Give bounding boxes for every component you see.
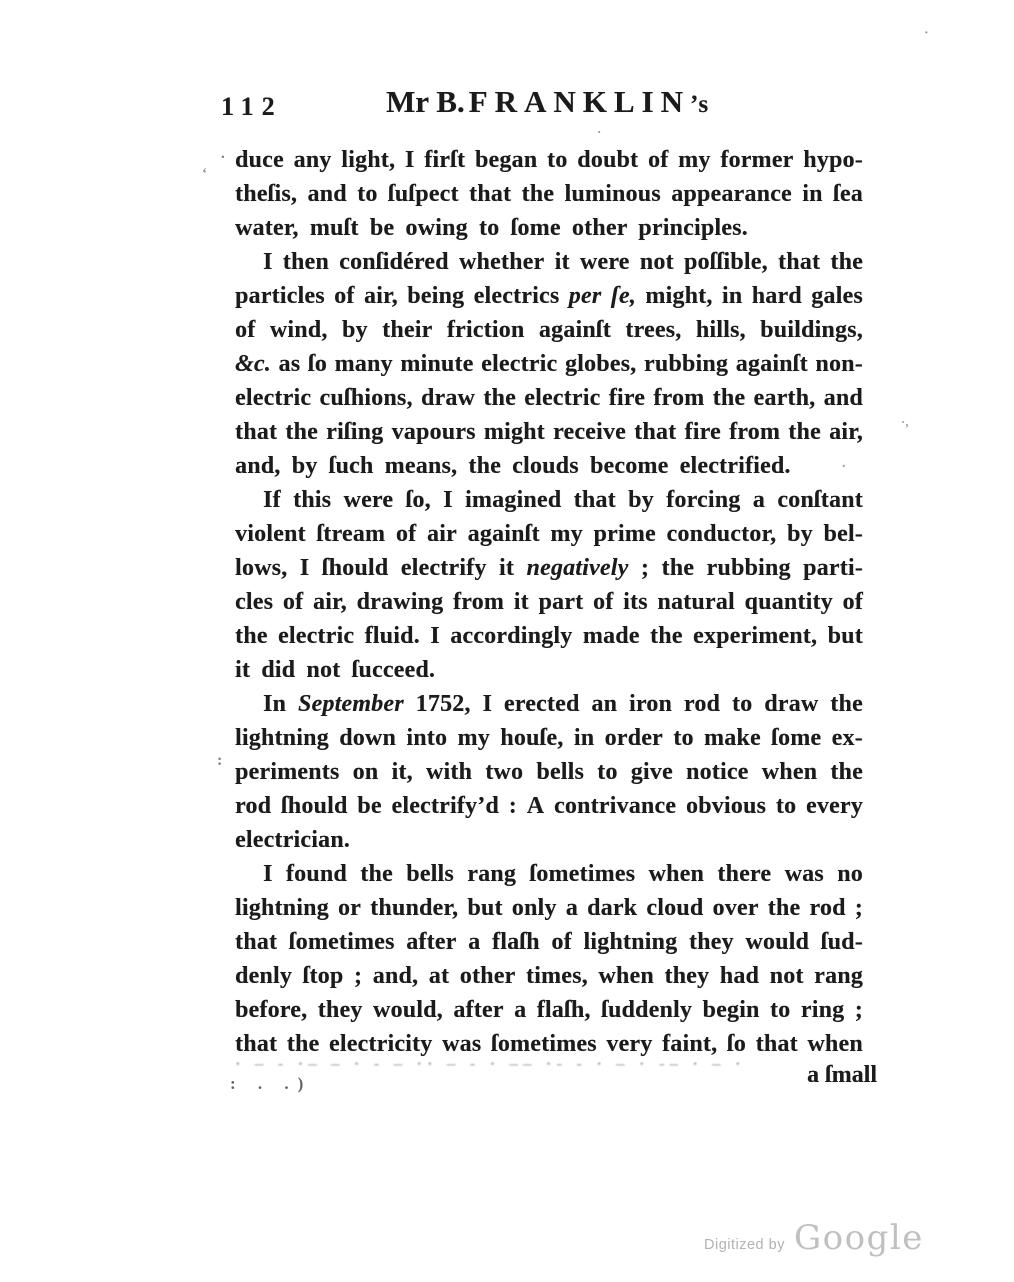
scan-speck: . (221, 146, 225, 163)
text-line: rodſhouldbeelectrify’d:Acontrivanceobvio… (235, 789, 863, 823)
scan-speck: · (597, 124, 601, 140)
scan-speck: ‘ (202, 166, 207, 183)
faded-text-remnant: · – - ·– – · - – ·· – - · –– ·- - · – · … (235, 1047, 793, 1081)
text-line: Ifoundthebellsrangſometimeswhentherewasn… (235, 857, 863, 891)
book-page: 112 Mr B.FRANKLIN’s duceanylight,Ifirſtb… (0, 0, 1014, 1282)
text-line: denlyſtop;and,atothertimes,whentheyhadno… (235, 959, 863, 993)
text-line: before,theywould,afteraflaſh,ſuddenlybeg… (235, 993, 863, 1027)
text-line: &c.asſomanyminuteelectricglobes,rubbinga… (235, 347, 863, 381)
text-line: electrician. (235, 823, 863, 857)
text-line: lightningdownintomyhouſe,inordertomakeſo… (235, 721, 863, 755)
text-line: lightningorthunder,butonlyadarkcloudover… (235, 891, 863, 925)
text-block: duceanylight,Ifirſtbegantodoubtofmyforme… (235, 143, 863, 1061)
text-line: perimentsonit,withtwobellstogivenoticewh… (235, 755, 863, 789)
google-logo: Google (794, 1218, 924, 1258)
running-title-name: FRANKLIN (469, 84, 690, 119)
catchword-row: · – - ·– – · - – ·· – - · –– ·- - · – · … (235, 1058, 867, 1092)
text-line: theelectricfluid.Iaccordinglymadetheexpe… (235, 619, 863, 653)
text-line: Ithenconſidéredwhetheritwerenotpoſſible… (235, 245, 863, 279)
text-line: ofwind,bytheirfrictionagainſttrees,hills… (235, 313, 863, 347)
text-line: electriccuſhions,drawtheelectricfirefrom… (235, 381, 863, 415)
text-line: lows,Iſhouldelectrifyitnegatively;therub… (235, 551, 863, 585)
text-line: particlesofair,beingelectricsperſe,might… (235, 279, 863, 313)
running-title: Mr B.FRANKLIN’s (386, 84, 709, 120)
watermark-text: Digitized by (704, 1237, 785, 1253)
catchword: a ſmall (807, 1058, 877, 1092)
running-title-prefix: Mr B. (386, 84, 465, 119)
scan-speck: . (842, 456, 846, 472)
scan-speck: : (217, 752, 222, 770)
text-line: duceanylight,Ifirſtbegantodoubtofmyforme… (235, 143, 863, 177)
page-number: 112 (221, 92, 283, 122)
text-line: water, muſt be owing to ſome other princ… (235, 211, 863, 245)
text-line: it did not ſucceed. (235, 653, 863, 687)
text-line: InSeptember1752,Ierectedanironrodtodrawt… (235, 687, 863, 721)
running-title-suffix: ’s (690, 91, 709, 118)
text-line: clesofair,drawingfromitpartofitsnaturalq… (235, 585, 863, 619)
text-line: and, by ſuch means, the clouds become el… (235, 449, 863, 483)
text-line: theſis,andtoſuſpectthattheluminousappear… (235, 177, 863, 211)
scan-artifact-endmark: : . .) (230, 1074, 312, 1094)
scan-speck: · (924, 26, 929, 42)
scan-speck: ·, (901, 414, 909, 430)
watermark: Digitized by Google (704, 1218, 924, 1258)
text-line: thattheriſingvapoursmightreceivethatfire… (235, 415, 863, 449)
text-line: Ifthiswereſo,Iimaginedthatbyforcingaconſ… (235, 483, 863, 517)
text-line: violentſtreamofairagainſtmyprimeconducto… (235, 517, 863, 551)
text-line: thatſometimesafteraflaſhoflightningtheyw… (235, 925, 863, 959)
